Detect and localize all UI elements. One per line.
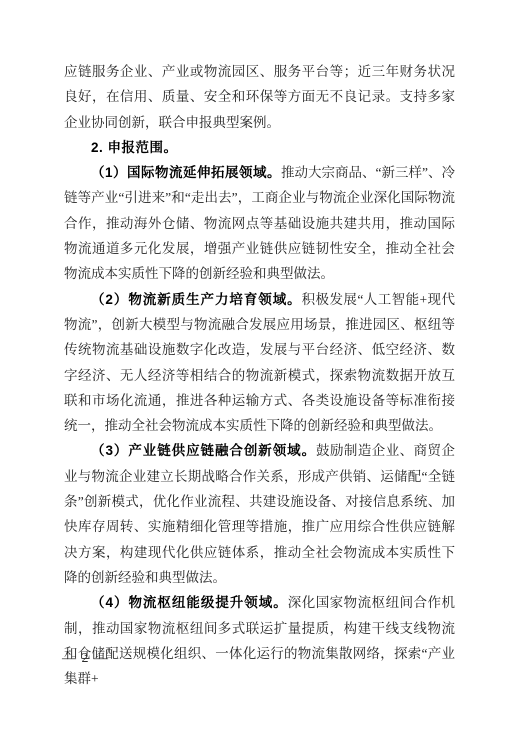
- paragraph-item-3: （3）产业链供应链融合创新领域。鼓励制造企业、商贸企业与物流企业建立长期战略合作…: [64, 438, 455, 590]
- item-3-heading: （3）产业链供应链融合创新领域。: [91, 443, 316, 458]
- item-1-text: 推动大宗商品、“新三样”、冷链等产业“引进来”和“走出去”，工商企业与物流企业深…: [64, 165, 455, 281]
- section-heading-2: 2. 申报范围。: [64, 135, 455, 160]
- paragraph-item-1: （1）国际物流延伸拓展领域。推动大宗商品、“新三样”、冷链等产业“引进来”和“走…: [64, 160, 455, 286]
- item-1-heading: （1）国际物流延伸拓展领域。: [91, 165, 281, 180]
- document-page: 应链服务企业、产业或物流园区、服务平台等；近三年财务状况良好，在信用、质量、安全…: [0, 0, 521, 735]
- item-2-heading: （2）物流新质生产力培育领域。: [91, 292, 302, 307]
- item-3-text: 鼓励制造企业、商贸企业与物流企业建立长期战略合作关系，形成产供销、运储配“全链条…: [64, 443, 455, 584]
- document-body: 应链服务企业、产业或物流园区、服务平台等；近三年财务状况良好，在信用、质量、安全…: [64, 59, 455, 691]
- paragraph-item-2: （2）物流新质生产力培育领域。积极发展“人工智能+现代物流”，创新大模型与物流融…: [64, 287, 455, 439]
- paragraph-continuation: 应链服务企业、产业或物流园区、服务平台等；近三年财务状况良好，在信用、质量、安全…: [64, 59, 455, 135]
- item-2-text: 积极发展“人工智能+现代物流”，创新大模型与物流融合发展应用场景，推进园区、枢纽…: [64, 292, 455, 433]
- page-number: — 2 —: [62, 651, 109, 667]
- paragraph-item-4: （4）物流枢纽能级提升领域。深化国家物流枢纽间合作机制，推动国家物流枢纽间多式联…: [64, 590, 455, 691]
- section-heading-label: 2. 申报范围。: [91, 140, 178, 155]
- paragraph-text: 应链服务企业、产业或物流园区、服务平台等；近三年财务状况良好，在信用、质量、安全…: [64, 64, 455, 130]
- item-4-heading: （4）物流枢纽能级提升领域。: [91, 595, 288, 610]
